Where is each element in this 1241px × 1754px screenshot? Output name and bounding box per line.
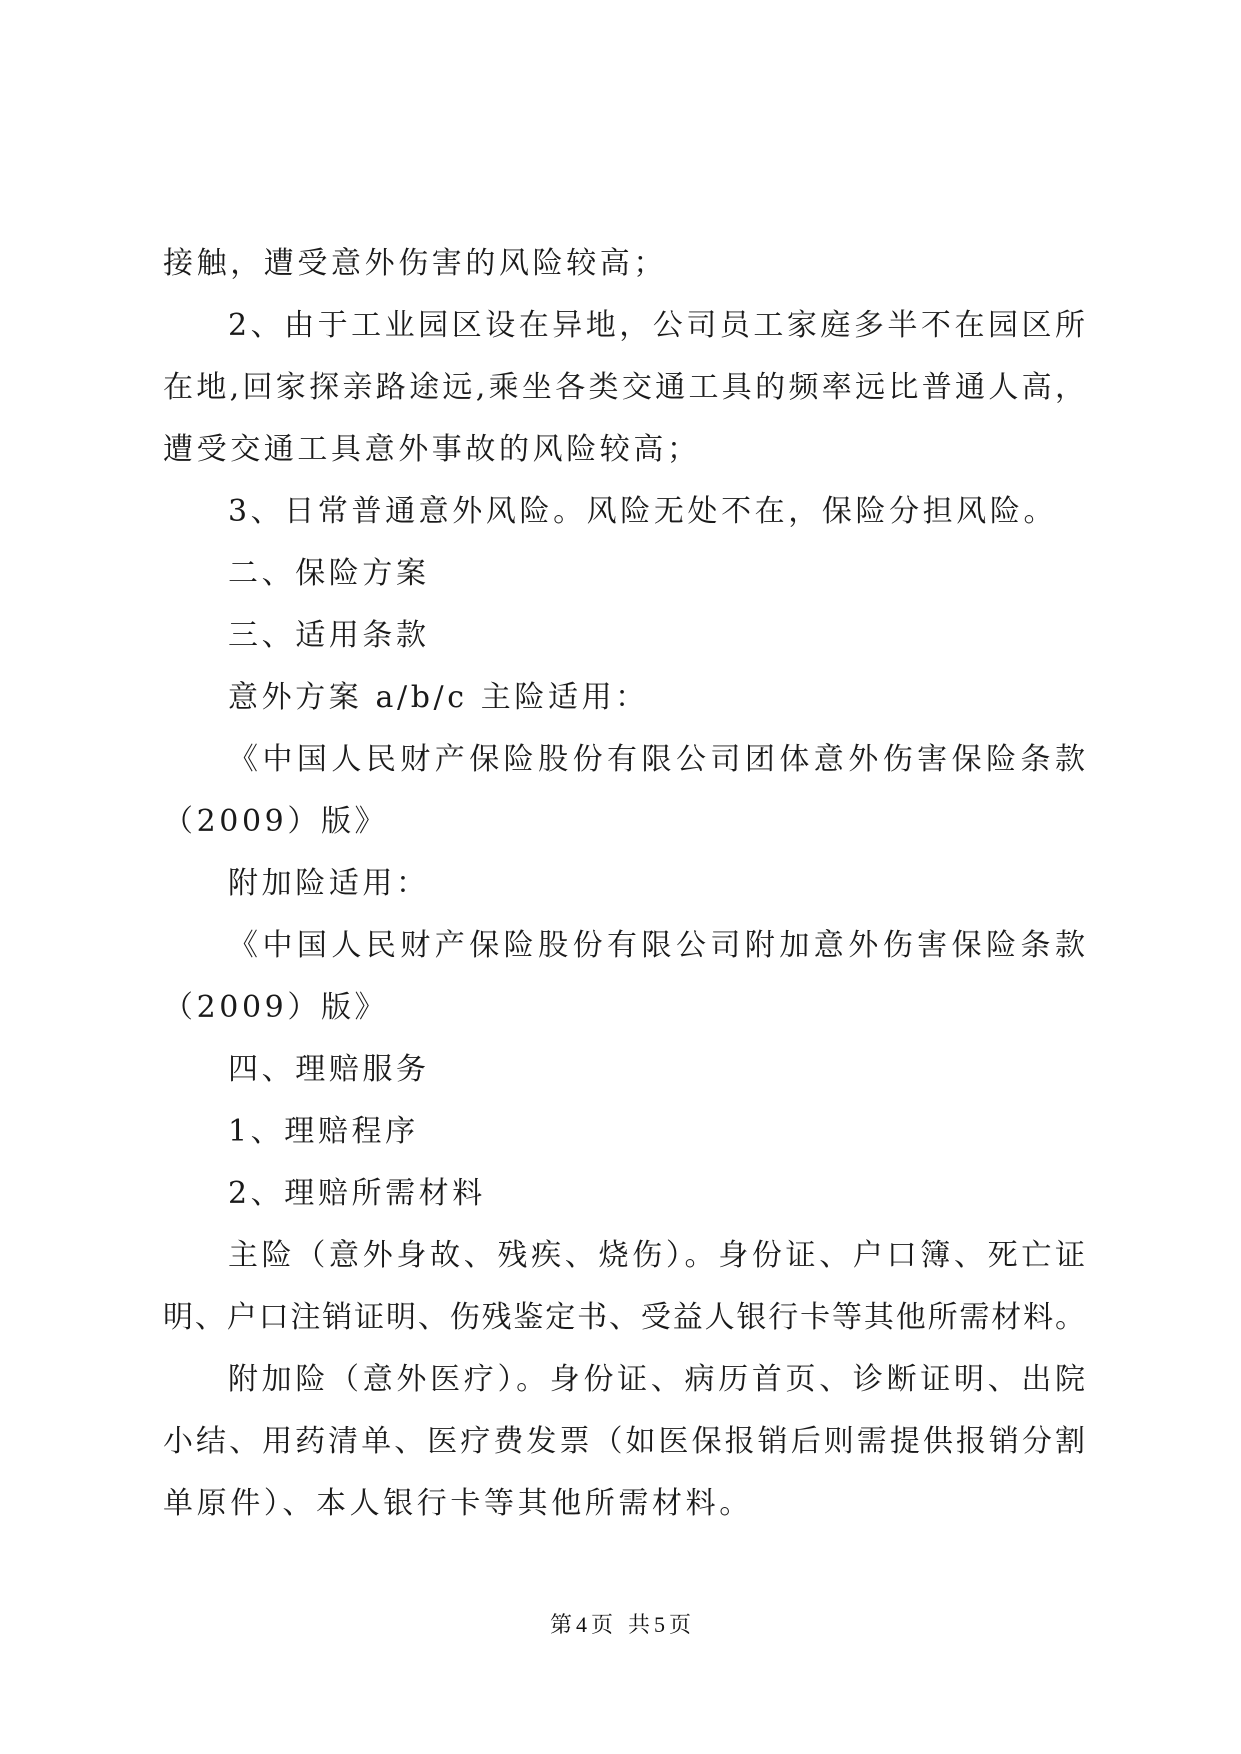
text-line: 附加险适用： — [163, 853, 1085, 915]
text-line: 单原件）、本人银行卡等其他所需材料。 — [163, 1473, 1085, 1535]
current-page-number: 4 — [576, 1612, 587, 1637]
subsection-heading: 1、理赔程序 — [163, 1101, 1085, 1163]
page-footer: 第4页 共5页 — [0, 1610, 1241, 1640]
page-prefix: 第 — [550, 1612, 572, 1637]
text-line: 附加险（意外医疗）。身份证、病历首页、诊断证明、出院 — [163, 1349, 1085, 1411]
section-heading: 二、保险方案 — [163, 543, 1085, 605]
text-line: 遭受交通工具意外事故的风险较高； — [163, 419, 1085, 481]
text-line: 小结、用药清单、医疗费发票（如医保报销后则需提供报销分割 — [163, 1411, 1085, 1473]
text-line: 接触，遭受意外伤害的风险较高； — [163, 233, 1085, 295]
page-suffix: 页 — [591, 1612, 613, 1637]
text-line: 2、由于工业园区设在异地，公司员工家庭多半不在园区所 — [163, 295, 1085, 357]
text-line: 3、日常普通意外风险。风险无处不在，保险分担风险。 — [163, 481, 1085, 543]
section-heading: 三、适用条款 — [163, 605, 1085, 667]
text-line: 主险（意外身故、残疾、烧伤）。身份证、户口簿、死亡证 — [163, 1225, 1085, 1287]
total-pages-number: 5 — [654, 1612, 665, 1637]
document-body: 接触，遭受意外伤害的风险较高； 2、由于工业园区设在异地，公司员工家庭多半不在园… — [163, 233, 1085, 1535]
clause-title-line: （2009）版》 — [163, 977, 1085, 1039]
document-page: 接触，遭受意外伤害的风险较高； 2、由于工业园区设在异地，公司员工家庭多半不在园… — [0, 0, 1241, 1754]
clause-title-line: （2009）版》 — [163, 791, 1085, 853]
text-line: 明、户口注销证明、伤残鉴定书、受益人银行卡等其他所需材料。 — [163, 1287, 1085, 1349]
clause-title-line: 《中国人民财产保险股份有限公司附加意外伤害保险条款 — [163, 915, 1085, 977]
text-line: 在地,回家探亲路途远,乘坐各类交通工具的频率远比普通人高， — [163, 357, 1085, 419]
subsection-heading: 2、理赔所需材料 — [163, 1163, 1085, 1225]
section-heading: 四、理赔服务 — [163, 1039, 1085, 1101]
text-line: 意外方案 a/b/c 主险适用： — [163, 667, 1085, 729]
total-suffix: 页 — [669, 1612, 691, 1637]
total-prefix: 共 — [628, 1612, 650, 1637]
clause-title-line: 《中国人民财产保险股份有限公司团体意外伤害保险条款 — [163, 729, 1085, 791]
